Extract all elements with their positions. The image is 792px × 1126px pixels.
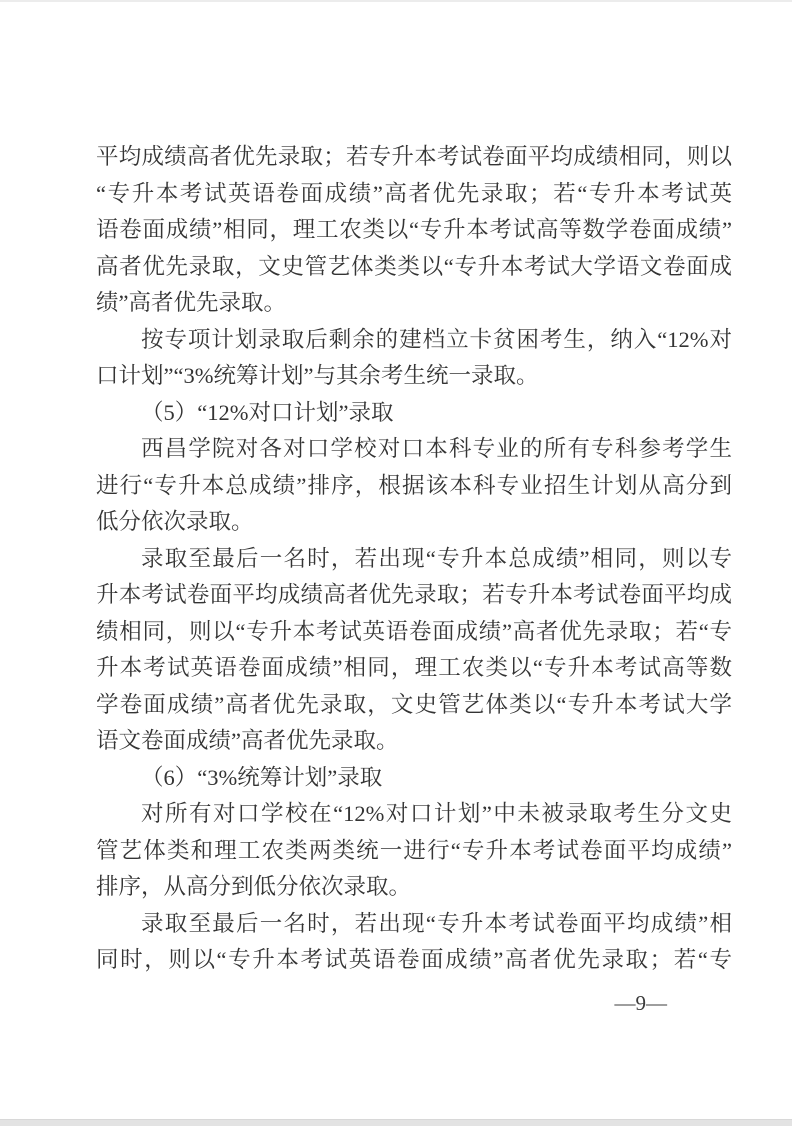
- text-line: 同时，则以“专升本考试英语卷面成绩”高者优先录取；若“专: [96, 942, 732, 979]
- page-top-edge: [0, 0, 792, 2]
- text-line: 口计划”“3%统筹计划”与其余考生统一录取。: [96, 358, 732, 395]
- paragraph: 西昌学院对各对口学校对口本科专业的所有专科参考学生进行“专升本总成绩”排序，根据…: [96, 431, 732, 541]
- document-body: 平均成绩高者优先录取；若专升本考试卷面平均成绩相同，则以“专升本考试英语卷面成绩…: [96, 139, 732, 979]
- text-line: 低分依次录取。: [96, 504, 732, 541]
- document-page: 平均成绩高者优先录取；若专升本考试卷面平均成绩相同，则以“专升本考试英语卷面成绩…: [0, 0, 792, 1126]
- text-line: “专升本考试英语卷面成绩”高者优先录取；若“专升本考试英: [96, 176, 732, 213]
- text-line: 绩相同，则以“专升本考试英语卷面成绩”高者优先录取；若“专: [96, 614, 732, 651]
- paragraph: 对所有对口学校在“12%对口计划”中未被录取考生分文史管艺体类和理工农类两类统一…: [96, 796, 732, 906]
- text-line: 管艺体类和理工农类两类统一进行“专升本考试卷面平均成绩”: [96, 833, 732, 870]
- text-line: 平均成绩高者优先录取；若专升本考试卷面平均成绩相同，则以: [96, 139, 732, 176]
- text-line: 语文卷面成绩”高者优先录取。: [96, 723, 732, 760]
- text-line: 进行“专升本总成绩”排序，根据该本科专业招生计划从高分到: [96, 468, 732, 505]
- paragraph: 录取至最后一名时，若出现“专升本考试卷面平均成绩”相同时，则以“专升本考试英语卷…: [96, 906, 732, 979]
- text-line: 升本考试卷面平均成绩高者优先录取；若专升本考试卷面平均成: [96, 577, 732, 614]
- page-bottom-edge: [0, 1119, 792, 1126]
- paragraph: 录取至最后一名时，若出现“专升本总成绩”相同，则以专升本考试卷面平均成绩高者优先…: [96, 541, 732, 760]
- paragraph: 平均成绩高者优先录取；若专升本考试卷面平均成绩相同，则以“专升本考试英语卷面成绩…: [96, 139, 732, 322]
- text-line: 对所有对口学校在“12%对口计划”中未被录取考生分文史: [96, 796, 732, 833]
- text-line: 语卷面成绩”相同，理工农类以“专升本考试高等数学卷面成绩”: [96, 212, 732, 249]
- text-line: 西昌学院对各对口学校对口本科专业的所有专科参考学生: [96, 431, 732, 468]
- text-line: （6）“3%统筹计划”录取: [96, 760, 732, 797]
- text-line: 高者优先录取，文史管艺体类类以“专升本考试大学语文卷面成: [96, 249, 732, 286]
- paragraph: （6）“3%统筹计划”录取: [96, 760, 732, 797]
- text-line: （5）“12%对口计划”录取: [96, 395, 732, 432]
- text-line: 录取至最后一名时，若出现“专升本考试卷面平均成绩”相: [96, 906, 732, 943]
- text-line: 绩”高者优先录取。: [96, 285, 732, 322]
- text-line: 排序，从高分到低分依次录取。: [96, 869, 732, 906]
- text-line: 升本考试英语卷面成绩”相同，理工农类以“专升本考试高等数: [96, 650, 732, 687]
- text-line: 录取至最后一名时，若出现“专升本总成绩”相同，则以专: [96, 541, 732, 578]
- paragraph: （5）“12%对口计划”录取: [96, 395, 732, 432]
- page-number: —9—: [615, 991, 668, 1015]
- text-line: 学卷面成绩”高者优先录取，文史管艺体类以“专升本考试大学: [96, 687, 732, 724]
- text-line: 按专项计划录取后剩余的建档立卡贫困考生，纳入“12%对: [96, 322, 732, 359]
- paragraph: 按专项计划录取后剩余的建档立卡贫困考生，纳入“12%对口计划”“3%统筹计划”与…: [96, 322, 732, 395]
